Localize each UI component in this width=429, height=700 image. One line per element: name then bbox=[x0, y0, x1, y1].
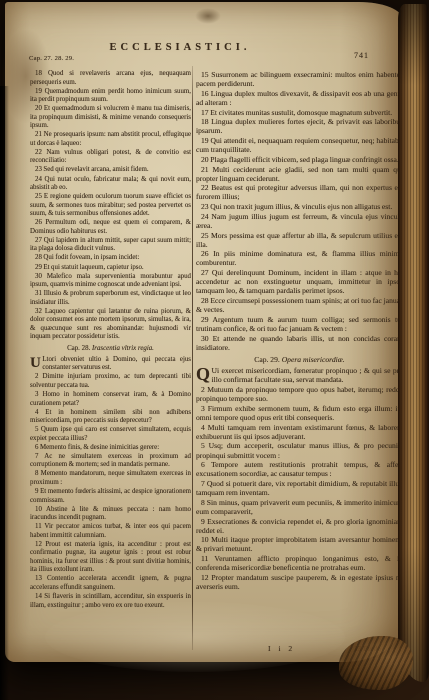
verse: 28 Qui fodit foveam, in ipsam incidet: bbox=[30, 254, 191, 263]
verse: 25 Mors pessima est quæ affertur ab illa… bbox=[196, 231, 403, 249]
verse: 24 Nam jugum illius jugum est ferreum, &… bbox=[196, 212, 403, 230]
running-title: ECCLESIASTICI. bbox=[55, 42, 305, 53]
column-divider-rule bbox=[192, 66, 193, 650]
verse: 30 Malefico mala supervenientia morabunt… bbox=[30, 273, 191, 290]
text-column-right: 15 Susurronem ac bilinguem exsecramini: … bbox=[196, 70, 403, 652]
verse: 3 Homo in hominem conservat iram, & à Do… bbox=[30, 391, 191, 408]
text-column-left: 18 Quod si revelaveris arcana ejus, nequ… bbox=[30, 70, 191, 652]
verse: 7 Quod si potuerit dare, vix reportabit … bbox=[196, 479, 403, 497]
verse: 11 Veruntamen afflicto propinquo longani… bbox=[196, 554, 403, 572]
verse: 18 Quod si revelaveris arcana ejus, nequ… bbox=[30, 70, 191, 87]
verse: 6 Tempore autem restitutionis protrahit … bbox=[196, 460, 403, 478]
verse: QUi exercet misericordiam, fœneratur pro… bbox=[196, 366, 403, 384]
verse: 5 Quum ipse qui caro est conservet simul… bbox=[30, 426, 191, 443]
verse: 32 Laqueo capientur qui lætantur de ruin… bbox=[30, 308, 191, 342]
chapter-heading: Cap. 29. Opera misericordiæ. bbox=[196, 355, 403, 364]
verse: 10 Abstine à lite & minues peccata : nam… bbox=[30, 506, 191, 523]
verse: 26 In piis minime dominatura est, & flam… bbox=[196, 249, 403, 267]
verse: 18 Lingua duplex mulieres fortes ejecit,… bbox=[196, 117, 403, 135]
verse: 24 Qui nutat oculo, fabricatur mala; & q… bbox=[30, 176, 191, 193]
verse: 15 Susurronem ac bilinguem exsecramini: … bbox=[196, 70, 403, 88]
verse: 22 Nam vulnus obligari potest, & de conv… bbox=[30, 149, 191, 166]
chapter-heading-summary: Irascentia vltrix regia. bbox=[92, 345, 154, 352]
verse: 3 Firmum exhibe sermonem tuum, & fidum e… bbox=[196, 404, 403, 422]
chapter-heading-label: Cap. 28. bbox=[67, 345, 92, 352]
chapter-heading: Cap. 28. Irascentia vltrix regia. bbox=[30, 345, 191, 354]
verse: 22 Beatus est qui protegitur adversus il… bbox=[196, 183, 403, 201]
verse: 11 Vir peccator amicos turbat, & inter e… bbox=[30, 523, 191, 540]
verse: 29 Argentum tuum & aurum tuum colliga; s… bbox=[196, 315, 403, 333]
verse: 20 Plaga flagelli efficit vibicem, sed p… bbox=[196, 155, 403, 164]
paper-stain bbox=[195, 8, 221, 24]
verse: 4 Multi tamquam rem inventam existimarun… bbox=[196, 423, 403, 441]
verse: 9 Et memento fœderis altissimi, ac despi… bbox=[30, 488, 191, 505]
verse: 8 Memento mandatorum, neque simultatem e… bbox=[30, 470, 191, 487]
verse: 23 Sed qui revelavit arcana, amisit fide… bbox=[30, 166, 191, 175]
verse: 28 Ecce circumsepi possessionem tuam spi… bbox=[196, 296, 403, 314]
verse: 13 Contentio accelerata accendit ignem, … bbox=[30, 575, 191, 592]
verse: 9 Exsecrationes & convicia rependet ei, … bbox=[196, 517, 403, 535]
gutter-shadow bbox=[0, 86, 9, 700]
chapter-heading-summary: Opera misericordiæ. bbox=[282, 355, 345, 364]
verse: 29 Et qui statuit laqueum, capietur ipso… bbox=[30, 264, 191, 273]
verse: 27 Qui derelinquunt Dominum, incident in… bbox=[196, 268, 403, 295]
book-page: Cap. 27. 28. 29. ECCLESIASTICI. 741 18 Q… bbox=[5, 2, 403, 662]
verse: 26 Permultum odi, neque est quem ei comp… bbox=[30, 219, 191, 236]
verse: 16 Lingua duplex multos divexavit, & dis… bbox=[196, 89, 403, 107]
verse: 6 Memento finis, & desine inimicitias ge… bbox=[30, 444, 191, 453]
book-fore-edge bbox=[398, 4, 429, 682]
verse: 10 Multi itaque propter improbitatem ist… bbox=[196, 535, 403, 553]
verse: 30 Et attende ne quando labaris illis, u… bbox=[196, 334, 403, 352]
chapter-margin-note: Cap. 27. 28. 29. bbox=[29, 55, 74, 62]
verse: 19 Qui attendit ei, nequaquam requiem co… bbox=[196, 136, 403, 154]
verse: 17 Et civitates munitas sustulit, domosq… bbox=[196, 108, 403, 117]
page-number: 741 bbox=[354, 51, 369, 60]
drop-cap-initial: Q bbox=[196, 366, 212, 382]
chapter-heading-label: Cap. 29. bbox=[254, 355, 281, 364]
verse: 8 Sin minus, quam privaverit eum pecunii… bbox=[196, 498, 403, 516]
verse: 5 Usq; dum acceperit, osculatur manus il… bbox=[196, 441, 403, 459]
page-corner-leaves bbox=[339, 636, 413, 690]
verse: 21 Ne prosequaris ipsum: nam abstitit pr… bbox=[30, 131, 191, 148]
verse: 25 E regione quidem oculorum tuorum suav… bbox=[30, 193, 191, 219]
drop-cap-initial: U bbox=[30, 356, 42, 370]
verse: 23 Qui non traxit jugum illius, & vincul… bbox=[196, 202, 403, 211]
verse: 20 Et quemadmodum si volucrem è manu tua… bbox=[30, 105, 191, 131]
verse: 12 Prout est materia ignis, ita accendit… bbox=[30, 541, 191, 575]
signature-mark: I i 2 bbox=[268, 644, 295, 653]
verse: 4 Et in hominem similem sibi non adhiben… bbox=[30, 409, 191, 426]
verse: 14 Si flaveris in scintillam, accenditur… bbox=[30, 593, 191, 610]
verse: 12 Propter mandatum suscipe pauperem, & … bbox=[196, 573, 403, 591]
verse: ULtori obveniet ultio à Domino, qui pecc… bbox=[30, 356, 191, 373]
verse: 21 Multi ceciderunt acie gladii, sed non… bbox=[196, 165, 403, 183]
verse: 2 Dimitte injuriam proximo, ac tum depre… bbox=[30, 373, 191, 390]
verse: 2 Mutuum da propinquo tempore quo opus h… bbox=[196, 385, 403, 403]
photo-background: Cap. 27. 28. 29. ECCLESIASTICI. 741 18 Q… bbox=[0, 0, 429, 700]
verse: 19 Quemadmodum enim perdit homo inimicum… bbox=[30, 88, 191, 105]
verse: 31 Illusio & probrum superborum est, vin… bbox=[30, 290, 191, 307]
verse: 7 Ac ne simultatem exerceas in proximum … bbox=[30, 453, 191, 470]
verse: 27 Qui lapidem in altum mittit, super ca… bbox=[30, 237, 191, 254]
